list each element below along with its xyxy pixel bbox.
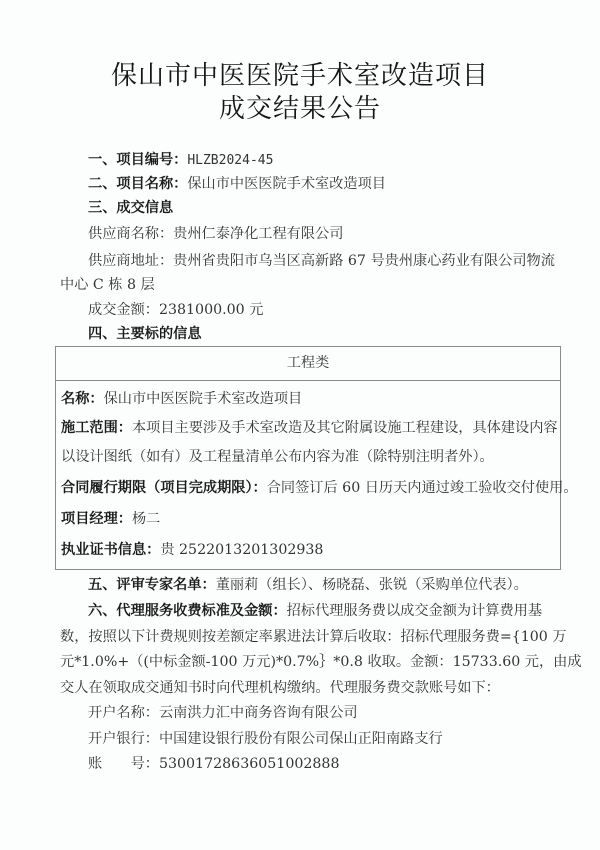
agency-fee-line4: 交人在领取成交通知书时向代理机构缴纳。代理服务费交款账号如下： (60, 678, 500, 698)
bank-label: 开户银行： (88, 731, 159, 747)
project-number-value: HLZB2024-45 (187, 153, 273, 168)
experts-value: 董丽莉（组长）、杨晓磊、张锐（采购单位代表）。 (216, 577, 528, 593)
table-row-term: 合同履行期限（项目完成期限）：合同签订后 60 日历天内通过竣工验收交付使用。 (61, 478, 578, 498)
table-header-category: 工程类 (56, 347, 560, 381)
document-title-line1: 保山市中医医院手术室改造项目 (0, 60, 600, 92)
bank-value: 中国建设银行股份有限公司保山正阳南路支行 (159, 731, 443, 747)
contract-term-label: 合同履行期限（项目完成期限）： (61, 480, 267, 496)
project-name-label: 二、项目名称： (88, 176, 187, 192)
deal-amount-label: 成交金额： (88, 302, 159, 318)
certificate-label: 执业证书信息： (61, 542, 160, 558)
agency-fee-line2: 数，按照以下计费规则按差额定率累进法计算后收取：招标代理服务费={100 万 (60, 627, 567, 647)
supplier-address-row: 供应商地址：贵州省贵阳市乌当区高新路 67 号贵州康心药业有限公司物流 (88, 251, 555, 271)
document-page: 保山市中医医院手术室改造项目 成交结果公告 一、项目编号：HLZB2024-45… (0, 0, 600, 850)
section-project-name: 二、项目名称：保山市中医医院手术室改造项目 (88, 174, 386, 194)
supplier-address-value-line2: 中心 C 栋 8 层 (60, 275, 155, 295)
document-title-line2: 成交结果公告 (0, 93, 600, 125)
account-number-value: 53001728636051002888 (159, 756, 340, 772)
bank-row: 开户银行：中国建设银行股份有限公司保山正阳南路支行 (88, 729, 443, 749)
account-number-label: 账 号： (88, 756, 159, 772)
subject-name-label: 名称： (61, 391, 104, 407)
deal-amount-value: 2381000.00 元 (159, 302, 263, 318)
certificate-value: 贵 2522013201302938 (160, 542, 323, 558)
table-row-certificate: 执业证书信息：贵 2522013201302938 (61, 540, 323, 560)
section-agency-fee: 六、代理服务收费标准及金额：招标代理服务费以成交金额为计算费用基 (88, 601, 542, 621)
section-experts: 五、评审专家名单：董丽莉（组长）、杨晓磊、张锐（采购单位代表）。 (88, 575, 528, 595)
account-name-label: 开户名称： (88, 705, 159, 721)
section-deal-info-heading: 三、成交信息 (88, 198, 173, 218)
table-row-manager: 项目经理：杨二 (61, 509, 160, 529)
supplier-address-value-line1: 贵州省贵阳市乌当区高新路 67 号贵州康心药业有限公司物流 (173, 253, 555, 269)
scope-value-line2: 以设计图纸（如有）及工程量清单公布内容为准（除特别注明者外）。 (61, 447, 494, 467)
supplier-address-label: 供应商地址： (88, 253, 173, 269)
subject-name-value: 保山市中医医院手术室改造项目 (104, 391, 303, 407)
supplier-name-label: 供应商名称： (88, 226, 173, 242)
section-main-subject-heading: 四、主要标的信息 (88, 324, 202, 344)
experts-label: 五、评审专家名单： (88, 577, 216, 593)
account-name-value: 云南洪力汇中商务咨询有限公司 (159, 705, 358, 721)
table-row-scope: 施工范围：本项目主要涉及手术室改造及其它附属设施工程建设，具体建设内容 (61, 418, 558, 438)
project-manager-value: 杨二 (132, 511, 160, 527)
account-name-row: 开户名称：云南洪力汇中商务咨询有限公司 (88, 703, 358, 723)
table-row-name: 名称：保山市中医医院手术室改造项目 (61, 389, 302, 409)
supplier-name-value: 贵州仁泰净化工程有限公司 (173, 226, 343, 242)
deal-amount-row: 成交金额：2381000.00 元 (88, 300, 263, 320)
project-manager-label: 项目经理： (61, 511, 132, 527)
supplier-name-row: 供应商名称：贵州仁泰净化工程有限公司 (88, 224, 343, 244)
scope-label: 施工范围： (61, 420, 132, 436)
scope-value-line1: 本项目主要涉及手术室改造及其它附属设施工程建设，具体建设内容 (132, 420, 558, 436)
agency-fee-label: 六、代理服务收费标准及金额： (88, 603, 287, 619)
agency-fee-line3: 元*1.0%+（(中标金额-100 万元)*0.7%｝*0.8 收取。金额：15… (60, 652, 582, 672)
project-name-value: 保山市中医医院手术室改造项目 (187, 176, 386, 192)
section-project-number: 一、项目编号：HLZB2024-45 (88, 150, 273, 171)
contract-term-value: 合同签订后 60 日历天内通过竣工验收交付使用。 (267, 480, 578, 496)
project-number-label: 一、项目编号： (88, 152, 187, 168)
subject-info-table: 工程类 名称：保山市中医医院手术室改造项目 施工范围：本项目主要涉及手术室改造及… (55, 346, 561, 570)
agency-fee-line1: 招标代理服务费以成交金额为计算费用基 (287, 603, 542, 619)
account-number-row: 账 号：53001728636051002888 (88, 754, 339, 774)
